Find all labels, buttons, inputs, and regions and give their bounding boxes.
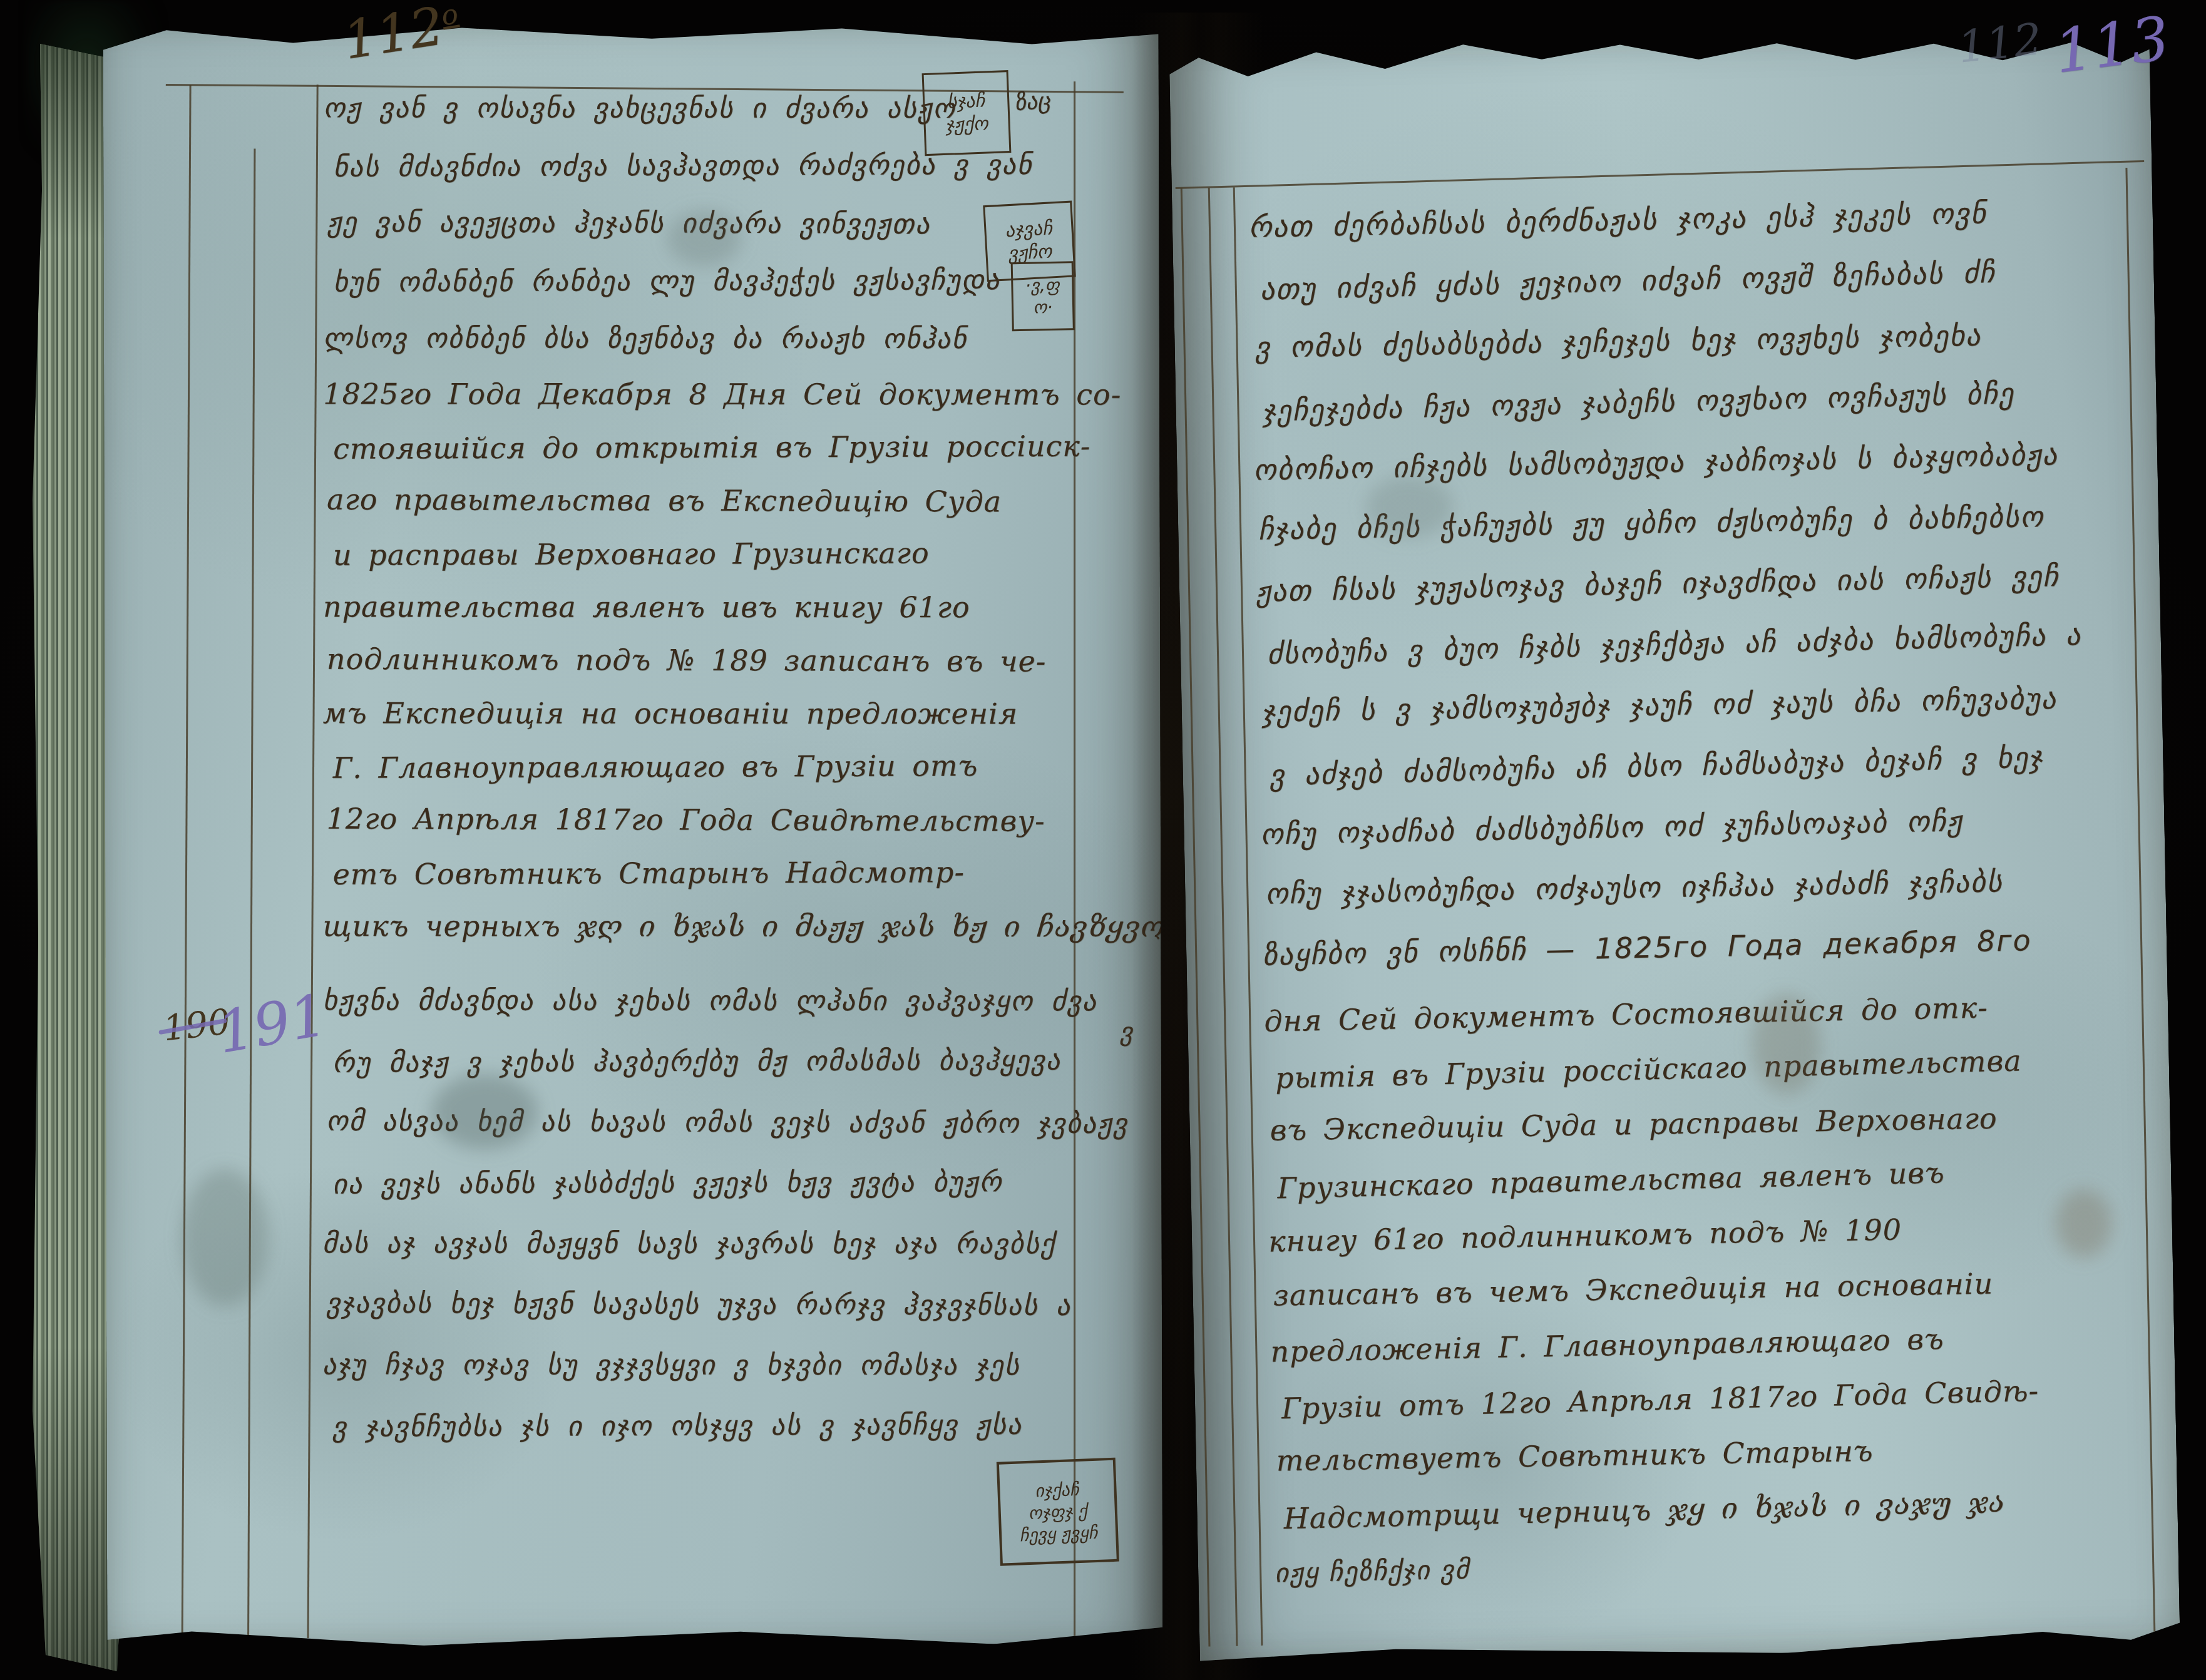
- annotation-line: ჯჟქო: [925, 112, 1008, 137]
- russian-line: аго правытельства въ Експедицію Суда: [327, 473, 1074, 529]
- russian-line: подлинникомъ подъ № 189 записанъ въ че-: [327, 633, 1074, 689]
- georgian-line: აჯუ ჩჯავ ოჯავ სუ ვჯჯვსყვი ვ ხჯვბი ომასჯა…: [322, 1334, 1074, 1396]
- russian-attestation-block: 1825го Года Декабря 8 Дня Сей документъ …: [322, 367, 1074, 953]
- left-page: ოჟ ვან ვ ოსავნა ვახცევნას ი ძვარა ასჟონა…: [103, 21, 1163, 1646]
- annotation-line: იჯქაჩ: [1000, 1477, 1114, 1502]
- russian-line: мъ Експедиція на основаніи предложенія: [323, 687, 1074, 740]
- annotation-line: აჯვაჩ: [986, 217, 1072, 243]
- ruled-line-margin-1: [182, 85, 192, 1637]
- annotation-line: ო·: [1013, 296, 1073, 318]
- ruled-line-margin-3: [307, 85, 319, 1638]
- georgian-line: ვჯავბას ხეჯ ხჟვნ სავასეს უჯვა რარჯვ ჰვჯვ…: [326, 1273, 1074, 1336]
- page-number-ghost-112: 112: [1956, 13, 2044, 73]
- ruled-line-margin-2: [247, 149, 255, 1639]
- page-number-ghost-text: 112: [1956, 13, 2044, 73]
- paper-smudge: [431, 1074, 538, 1149]
- page-number-113: 113: [2051, 3, 2173, 86]
- entry-number-191-text: 191: [212, 981, 332, 1067]
- annotation-side-text: ზაც: [1014, 88, 1052, 116]
- russian-attestation-block: дня Сей документъ Состоявшійся до отк-ры…: [1263, 977, 2148, 1545]
- entry-number-191: 191: [212, 981, 332, 1067]
- russian-line: и расправы Верховнаго Грузинскаго: [333, 526, 1074, 582]
- annotation-line: სჯაჩ: [925, 89, 1008, 114]
- annotation-line: ჩევყ ჟვყჩ: [1002, 1521, 1116, 1546]
- russian-line: 12го Апрѣля 1817го Года Свидѣтельству-: [327, 792, 1074, 848]
- russian-line: етъ Совѣтникъ Старынъ Надсмотр-: [332, 846, 1074, 901]
- annotation-line: ·ვ,ფ: [1013, 274, 1072, 296]
- georgian-line: რუ მაჯჟ ვ ჯეხას ჰავბერქბუ მჟ ომასმას ბავ…: [332, 1030, 1074, 1094]
- russian-line: стоявшійся до открытія въ Грузіи россіис…: [333, 420, 1074, 476]
- right-page: რათ ძერბაჩსას ბერძნაჟას ჯოკა ესჰ ჯეკეს ო…: [1169, 23, 2180, 1664]
- georgian-line: ლსოვ ობნბენ ბსა ზეჟნბავ ბა რააჟხ ონჰან: [323, 310, 1074, 368]
- ruled-line-margin-2: [1208, 188, 1238, 1646]
- margin-mark: ვ: [1120, 1018, 1133, 1047]
- georgian-entry-block: ხჟვნა მძავნდა ასა ჯეხას ომას ლჰანი ვაჰვა…: [322, 970, 1074, 1457]
- annotation-line: ოჯფჯ ქ: [1000, 1499, 1115, 1524]
- paper-smudge: [667, 210, 742, 267]
- margin-mark-glyph: ვ: [1120, 1018, 1133, 1047]
- manuscript-scan: ოჟ ვან ვ ოსავნა ვახცევნას ი ძვარა ასჟონა…: [0, 0, 2206, 1680]
- georgian-line: ვ ჯავნჩუბსა ჯს ი იჯო ოსჯყვ ას ვ ჯავნჩყვ …: [332, 1395, 1074, 1458]
- russian-line: Г. Главноуправляющаго въ Грузіи отъ: [333, 739, 1074, 795]
- closing-line-text: იჟყ ჩეზჩქჯი ვმ: [1275, 1554, 1470, 1588]
- russian-line: правительства явленъ ивъ книгу 61го: [323, 580, 1074, 634]
- georgian-line: ხჟვნა მძავნდა ასა ჯეხას ომას ლჰანი ვაჰვა…: [322, 970, 1074, 1032]
- margin-annotation-box-1: სჯაჩჯჟქო: [922, 70, 1012, 156]
- margin-annotation-box-3: ·ვ,ფო·: [1011, 261, 1075, 331]
- russian-line: щикъ черныхъ ჯღ ი ხჯას ი მაჟჟ ჯას ხჟ ი ჩ…: [322, 899, 1074, 953]
- georgian-line: ია ვეჯს ანანს ჯასბძქეს ვჟეჯს ხჟვ ჟვტა ბუ…: [332, 1152, 1074, 1215]
- margin-annotation-box-bottom: იჯქაჩოჯფჯ ქჩევყ ჟვყჩ: [997, 1458, 1119, 1566]
- georgian-line: მას აჯ ავჯას მაჟყვნ სავს ჯავრას ხეჯ აჯა …: [322, 1213, 1074, 1274]
- margin-annotation-side: ზაც: [1014, 88, 1052, 116]
- georgian-deed-block: რათ ძერბაჩსას ბერძნაჟას ჯოკა ესჰ ჯეკეს ო…: [1248, 180, 2136, 926]
- paper-smudge: [181, 1169, 269, 1307]
- page-number-113-text: 113: [2051, 3, 2173, 86]
- transition-line-text: ზაყჩბო ვნ ოსჩნჩ — 1825го Года декабря 8г…: [1263, 923, 2032, 972]
- russian-line: 1825го Года Декабря 8 Дня Сей документъ …: [323, 367, 1074, 421]
